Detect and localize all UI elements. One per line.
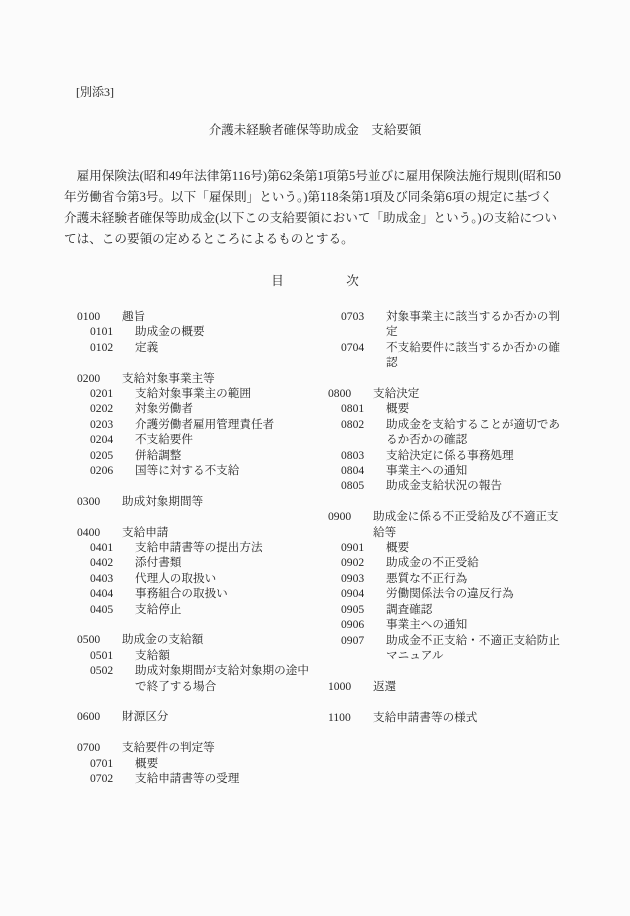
toc-entry-0202: 0202対象労働者 bbox=[77, 401, 327, 416]
toc-entry-label: 不支給要件 bbox=[135, 432, 193, 447]
toc-entry-0800: 0800支給決定 bbox=[328, 386, 578, 401]
toc-group: 0500助成金の支給額0501支給額0502助成対象期間が支給対象期の途中 で終… bbox=[77, 632, 327, 694]
toc-entry-0402: 0402添付書類 bbox=[77, 555, 327, 570]
toc-entry-number: 0904 bbox=[341, 586, 386, 601]
toc-group: 0600財源区分 bbox=[77, 709, 327, 724]
toc-entry-number: 0404 bbox=[90, 586, 135, 601]
toc-entry-number: 0701 bbox=[90, 756, 135, 771]
toc-entry-number: 0201 bbox=[90, 386, 135, 401]
toc-entry-number: 0501 bbox=[90, 648, 135, 663]
toc-entry-label: 労働関係法令の違反行為 bbox=[386, 586, 514, 601]
toc-entry-0704: 0704不支給要件に該当するか否かの確 認 bbox=[328, 340, 578, 371]
toc-entry-0400: 0400支給申請 bbox=[77, 525, 327, 540]
toc-entry-number: 0901 bbox=[341, 540, 386, 555]
toc-entry-label: 国等に対する不支給 bbox=[135, 463, 239, 478]
toc-entry-0904: 0904労働関係法令の違反行為 bbox=[328, 586, 578, 601]
toc-entry-0804: 0804事業主への通知 bbox=[328, 463, 578, 478]
toc-entry-0203: 0203介護労働者雇用管理責任者 bbox=[77, 417, 327, 432]
toc-entry-0102: 0102定義 bbox=[77, 340, 327, 355]
toc-entry-label: 助成対象期間等 bbox=[122, 494, 203, 509]
toc-entry-number: 0101 bbox=[90, 324, 135, 339]
document-page: [別添3] 介護未経験者確保等助成金 支給要領 雇用保険法(昭和49年法律第11… bbox=[0, 0, 630, 916]
toc-group: 1000返還 bbox=[328, 679, 578, 694]
toc-entry-label: 支給停止 bbox=[135, 602, 181, 617]
toc-entry-0901: 0901概要 bbox=[328, 540, 578, 555]
toc-entry-number: 0400 bbox=[77, 525, 122, 540]
toc-entry-0101: 0101助成金の概要 bbox=[77, 324, 327, 339]
toc-entry-number: 0202 bbox=[90, 401, 135, 416]
toc-group: 0100趣旨0101助成金の概要0102定義 bbox=[77, 309, 327, 355]
toc-entry-label: 助成金の支給額 bbox=[122, 632, 203, 647]
toc-entry-label: 助成金不正支給・不適正支給防止 マニュアル bbox=[386, 633, 560, 664]
toc-entry-label: 調査確認 bbox=[386, 602, 432, 617]
toc-entry-label: 悪質な不正行為 bbox=[386, 571, 467, 586]
toc-entry-label: 併給調整 bbox=[135, 448, 181, 463]
toc-entry-number: 1100 bbox=[328, 710, 373, 725]
toc-entry-0905: 0905調査確認 bbox=[328, 602, 578, 617]
toc-entry-label: 財源区分 bbox=[122, 709, 168, 724]
toc-entry-0300: 0300助成対象期間等 bbox=[77, 494, 327, 509]
toc-entry-0501: 0501支給額 bbox=[77, 648, 327, 663]
toc-entry-label: 助成金の不正受給 bbox=[386, 555, 479, 570]
toc-entry-number: 0102 bbox=[90, 340, 135, 355]
toc-entry-label: 支給対象事業主等 bbox=[122, 371, 215, 386]
toc-group: 0400支給申請0401支給申請書等の提出方法0402添付書類0403代理人の取… bbox=[77, 525, 327, 617]
toc-entry-label: 不支給要件に該当するか否かの確 認 bbox=[386, 340, 560, 371]
toc-group: 0700支給要件の判定等0701概要0702支給申請書等の受理 bbox=[77, 740, 327, 786]
toc-entry-label: 添付書類 bbox=[135, 555, 181, 570]
toc-entry-number: 0803 bbox=[341, 448, 386, 463]
toc-entry-0205: 0205併給調整 bbox=[77, 448, 327, 463]
toc-entry-0801: 0801概要 bbox=[328, 401, 578, 416]
toc-group: 1100支給申請書等の様式 bbox=[328, 710, 578, 725]
toc-entry-label: 支給要件の判定等 bbox=[122, 740, 215, 755]
toc-entry-number: 0500 bbox=[77, 632, 122, 647]
toc-entry-0404: 0404事務組合の取扱い bbox=[77, 586, 327, 601]
toc-group: 0900助成金に係る不正受給及び不適正支 給等0901概要0902助成金の不正受… bbox=[328, 509, 578, 663]
toc-entry-number: 0906 bbox=[341, 617, 386, 632]
toc-entry-number: 0205 bbox=[90, 448, 135, 463]
toc-entry-0405: 0405支給停止 bbox=[77, 602, 327, 617]
toc-entry-number: 0900 bbox=[328, 509, 373, 524]
toc-group: 0300助成対象期間等 bbox=[77, 494, 327, 509]
toc-entry-label: 助成金支給状況の報告 bbox=[386, 478, 502, 493]
toc-entry-number: 0802 bbox=[341, 417, 386, 432]
toc-entry-0100: 0100趣旨 bbox=[77, 309, 327, 324]
document-title: 介護未経験者確保等助成金 支給要領 bbox=[0, 120, 630, 138]
toc-entry-number: 0700 bbox=[77, 740, 122, 755]
toc-entry-number: 0805 bbox=[341, 478, 386, 493]
toc-entry-label: 支給対象事業主の範囲 bbox=[135, 386, 251, 401]
toc-entry-0500: 0500助成金の支給額 bbox=[77, 632, 327, 647]
toc-entry-number: 0702 bbox=[90, 771, 135, 786]
toc-entry-0201: 0201支給対象事業主の範囲 bbox=[77, 386, 327, 401]
toc-column-left: 0100趣旨0101助成金の概要0102定義0200支給対象事業主等0201支給… bbox=[77, 309, 327, 787]
toc-entry-0805: 0805助成金支給状況の報告 bbox=[328, 478, 578, 493]
toc-group: 0200支給対象事業主等0201支給対象事業主の範囲0202対象労働者0203介… bbox=[77, 371, 327, 479]
toc-entry-number: 0402 bbox=[90, 555, 135, 570]
toc-entry-1100: 1100支給申請書等の様式 bbox=[328, 710, 578, 725]
toc-entry-0206: 0206国等に対する不支給 bbox=[77, 463, 327, 478]
toc-group: 0703対象事業主に該当するか否かの判 定0704不支給要件に該当するか否かの確… bbox=[328, 309, 578, 371]
toc-entry-label: 趣旨 bbox=[122, 309, 145, 324]
intro-paragraph: 雇用保険法(昭和49年法律第116号)第62条第1項第5号並びに雇用保険法施行規… bbox=[64, 166, 561, 250]
toc-entry-0403: 0403代理人の取扱い bbox=[77, 571, 327, 586]
toc-entry-number: 0600 bbox=[77, 709, 122, 724]
toc-entry-0702: 0702支給申請書等の受理 bbox=[77, 771, 327, 786]
toc-entry-label: 対象事業主に該当するか否かの判 定 bbox=[386, 309, 560, 340]
toc-entry-label: 事務組合の取扱い bbox=[135, 586, 228, 601]
toc-entry-label: 支給決定 bbox=[373, 386, 419, 401]
toc-entry-0200: 0200支給対象事業主等 bbox=[77, 371, 327, 386]
toc-entry-label: 支給申請 bbox=[122, 525, 168, 540]
toc-entry-number: 0800 bbox=[328, 386, 373, 401]
toc-entry-label: 事業主への通知 bbox=[386, 463, 467, 478]
toc-entry-label: 概要 bbox=[386, 401, 409, 416]
toc-entry-number: 0502 bbox=[90, 663, 135, 678]
toc-entry-0907: 0907助成金不正支給・不適正支給防止 マニュアル bbox=[328, 633, 578, 664]
toc-entry-label: 介護労働者雇用管理責任者 bbox=[135, 417, 274, 432]
toc-entry-label: 助成金を支給することが適切であ るか否かの確認 bbox=[386, 417, 560, 448]
toc-column-right: 0703対象事業主に該当するか否かの判 定0704不支給要件に該当するか否かの確… bbox=[328, 309, 578, 725]
toc-entry-0204: 0204不支給要件 bbox=[77, 432, 327, 447]
toc-entry-label: 助成対象期間が支給対象期の途中 で終了する場合 bbox=[135, 663, 309, 694]
toc-entry-label: 代理人の取扱い bbox=[135, 571, 216, 586]
toc-entry-label: 概要 bbox=[135, 756, 158, 771]
toc-entry-label: 事業主への通知 bbox=[386, 617, 467, 632]
toc-entry-0502: 0502助成対象期間が支給対象期の途中 で終了する場合 bbox=[77, 663, 327, 694]
toc-entry-0802: 0802助成金を支給することが適切であ るか否かの確認 bbox=[328, 417, 578, 448]
toc-entry-1000: 1000返還 bbox=[328, 679, 578, 694]
toc-entry-label: 支給額 bbox=[135, 648, 170, 663]
toc-entry-number: 0703 bbox=[341, 309, 386, 324]
toc-entry-label: 対象労働者 bbox=[135, 401, 193, 416]
toc-entry-0701: 0701概要 bbox=[77, 756, 327, 771]
toc-entry-0902: 0902助成金の不正受給 bbox=[328, 555, 578, 570]
toc-entry-number: 0905 bbox=[341, 602, 386, 617]
toc-entry-label: 支給申請書等の提出方法 bbox=[135, 540, 263, 555]
toc-entry-label: 定義 bbox=[135, 340, 158, 355]
toc-entry-number: 0704 bbox=[341, 340, 386, 355]
toc-entry-0903: 0903悪質な不正行為 bbox=[328, 571, 578, 586]
toc-entry-number: 0204 bbox=[90, 432, 135, 447]
toc-entry-number: 0206 bbox=[90, 463, 135, 478]
toc-entry-number: 0200 bbox=[77, 371, 122, 386]
toc-entry-0401: 0401支給申請書等の提出方法 bbox=[77, 540, 327, 555]
toc-entry-0906: 0906事業主への通知 bbox=[328, 617, 578, 632]
toc-entry-0803: 0803支給決定に係る事務処理 bbox=[328, 448, 578, 463]
toc-entry-label: 支給申請書等の受理 bbox=[135, 771, 239, 786]
toc-entry-0600: 0600財源区分 bbox=[77, 709, 327, 724]
toc-entry-0700: 0700支給要件の判定等 bbox=[77, 740, 327, 755]
toc-group: 0800支給決定0801概要0802助成金を支給することが適切であ るか否かの確… bbox=[328, 386, 578, 494]
toc-entry-number: 0100 bbox=[77, 309, 122, 324]
toc-entry-label: 助成金の概要 bbox=[135, 324, 205, 339]
toc-entry-number: 0801 bbox=[341, 401, 386, 416]
toc-entry-number: 0203 bbox=[90, 417, 135, 432]
toc-entry-number: 0401 bbox=[90, 540, 135, 555]
toc-entry-number: 0300 bbox=[77, 494, 122, 509]
toc-entry-label: 概要 bbox=[386, 540, 409, 555]
toc-heading: 目 次 bbox=[0, 271, 630, 289]
toc-entry-0900: 0900助成金に係る不正受給及び不適正支 給等 bbox=[328, 509, 578, 540]
toc-entry-number: 0804 bbox=[341, 463, 386, 478]
toc-entry-0703: 0703対象事業主に該当するか否かの判 定 bbox=[328, 309, 578, 340]
toc-entry-number: 0907 bbox=[341, 633, 386, 648]
toc-entry-label: 支給申請書等の様式 bbox=[373, 710, 477, 725]
toc-entry-label: 助成金に係る不正受給及び不適正支 給等 bbox=[373, 509, 559, 540]
toc-entry-number: 1000 bbox=[328, 679, 373, 694]
toc-entry-number: 0403 bbox=[90, 571, 135, 586]
toc-entry-number: 0903 bbox=[341, 571, 386, 586]
toc-entry-number: 0902 bbox=[341, 555, 386, 570]
toc-entry-number: 0405 bbox=[90, 602, 135, 617]
attachment-label: [別添3] bbox=[76, 83, 114, 100]
toc-entry-label: 返還 bbox=[373, 679, 396, 694]
toc-entry-label: 支給決定に係る事務処理 bbox=[386, 448, 514, 463]
